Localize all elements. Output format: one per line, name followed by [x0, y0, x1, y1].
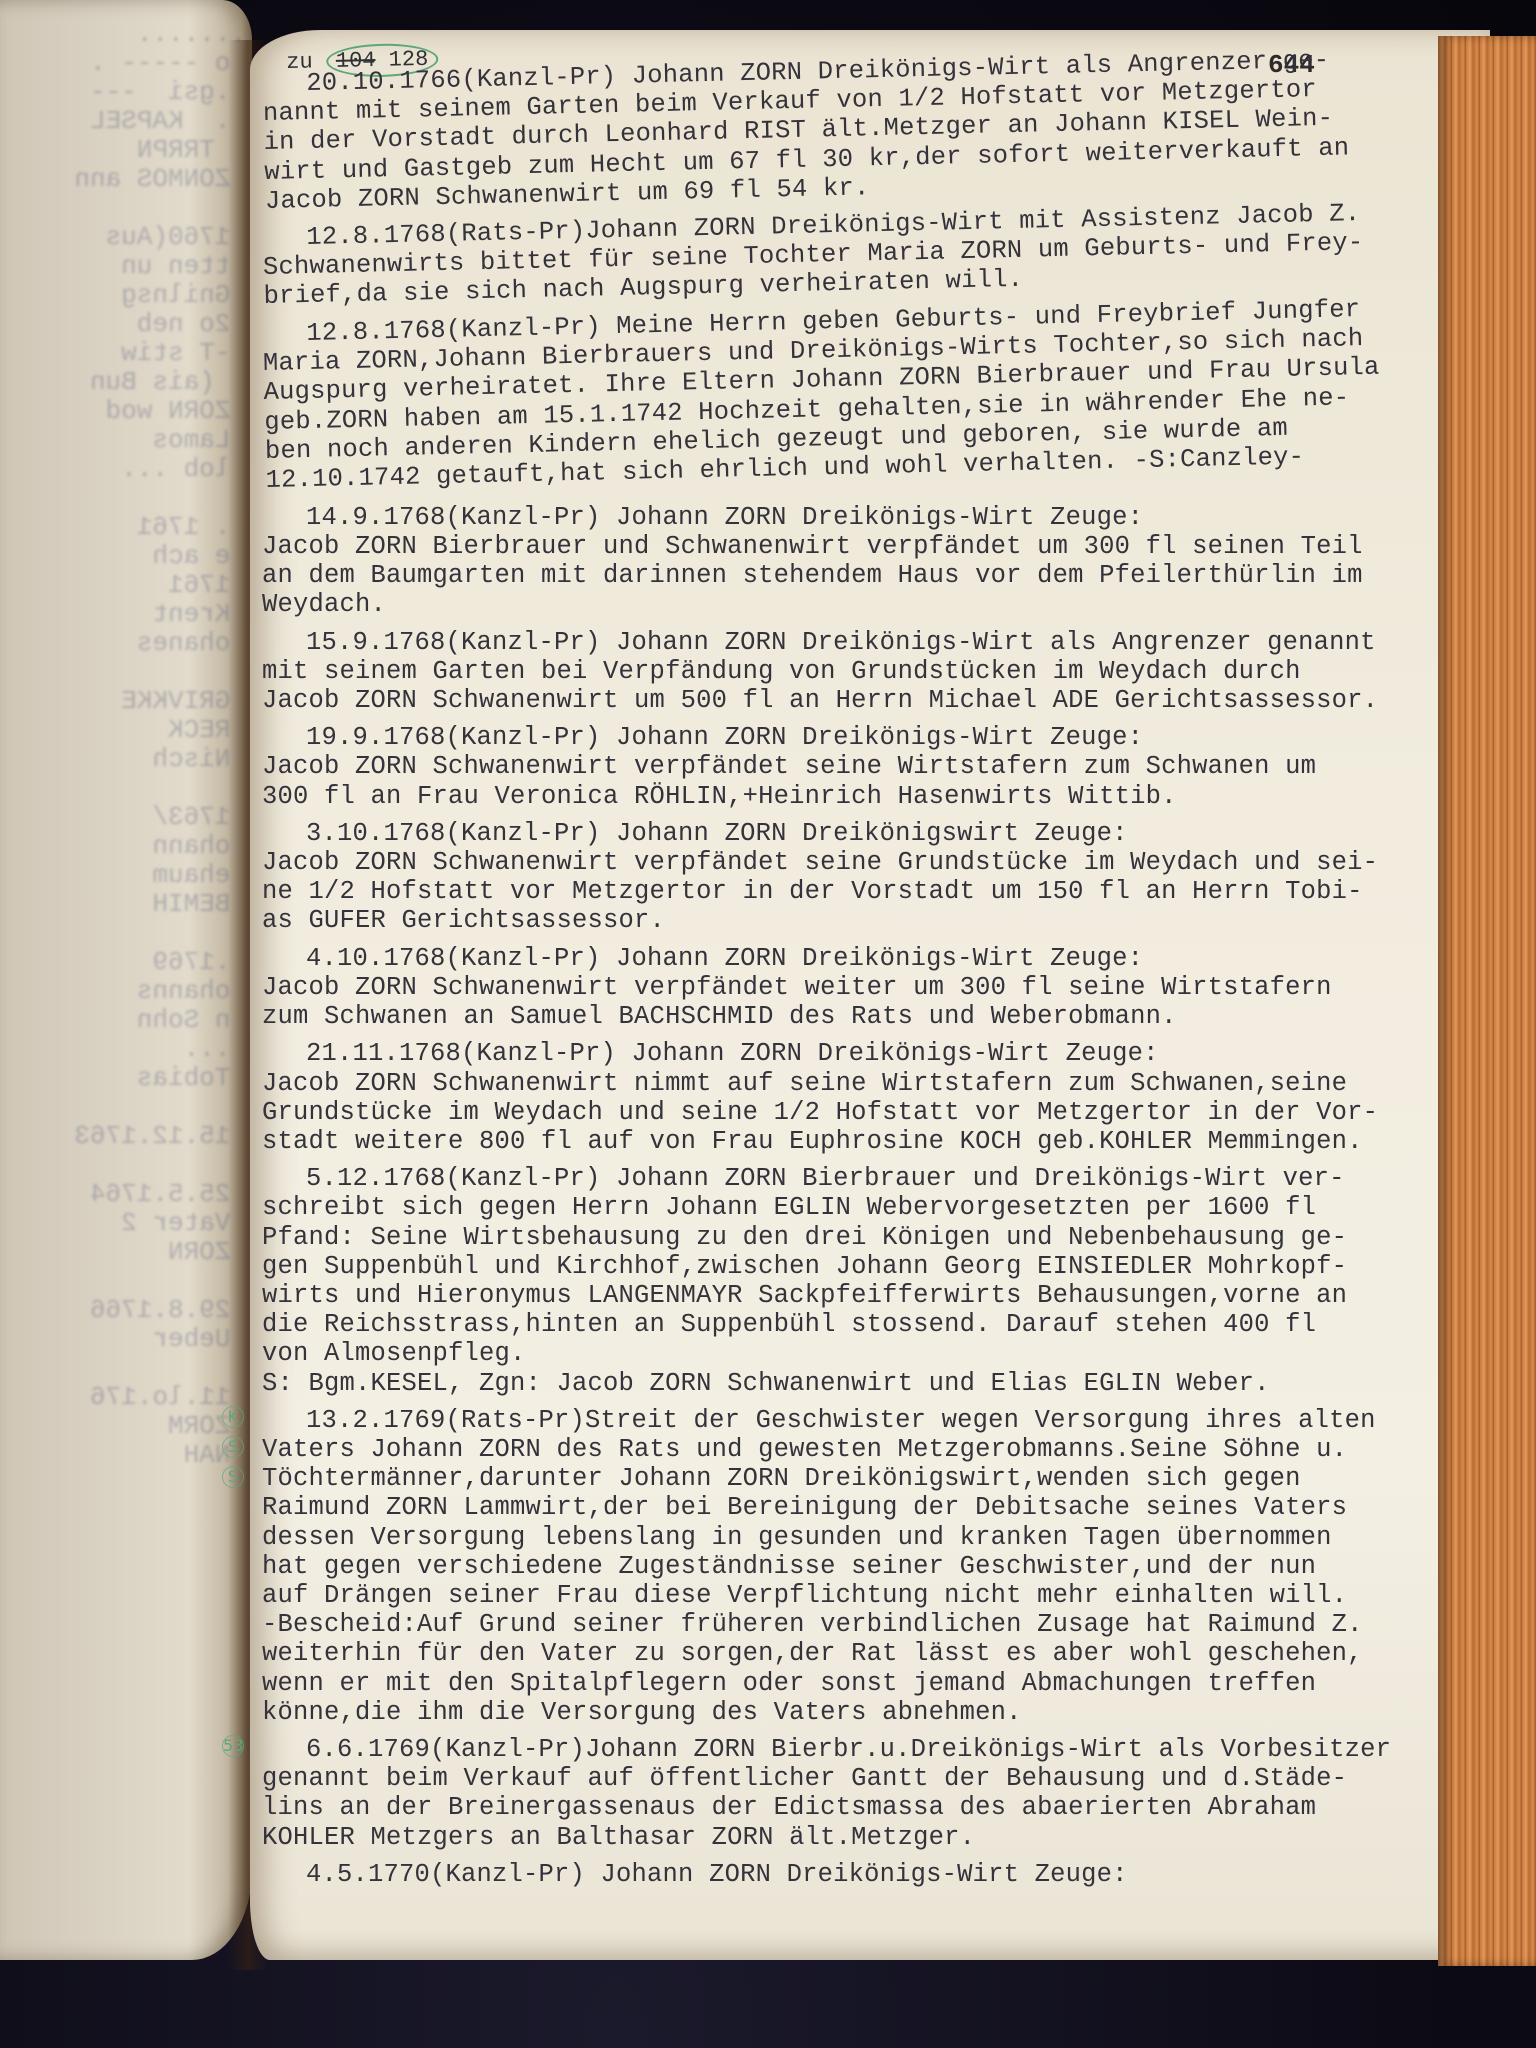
entry-text-line: Jacob ZORN Schwanenwirt nimmt auf seine …	[262, 1069, 1492, 1098]
entry-heading-line: 19.9.1768(Kanzl-Pr) Johann ZORN Dreiköni…	[262, 723, 1492, 752]
entry-heading-line: 13.2.1769(Rats-Pr)Streit der Geschwister…	[262, 1406, 1492, 1435]
entry-heading-line: 21.11.1768(Kanzl-Pr) Johann ZORN Dreikön…	[262, 1039, 1492, 1068]
entry-text-line: KOHLER Metzgers an Balthasar ZORN ält.Me…	[262, 1823, 1492, 1852]
entry-text-line: S: Bgm.KESEL, Zgn: Jacob ZORN Schwanenwi…	[262, 1369, 1492, 1398]
record-entry: 15.9.1768(Kanzl-Pr) Johann ZORN Dreiköni…	[262, 628, 1492, 716]
entry-text-line: die Reichsstrass,hinten an Suppenbühl st…	[262, 1310, 1492, 1339]
entry-text-line: wirts und Hieronymus LANGENMAYR Sackpfei…	[262, 1281, 1492, 1310]
entry-text-line: könne,die ihm die Versorgung des Vaters …	[262, 1698, 1492, 1727]
entry-text-line: stadt weitere 800 fl auf von Frau Euphro…	[262, 1127, 1492, 1156]
circled-margin-mark: 53	[222, 1735, 244, 1757]
entry-heading-line: 3.10.1768(Kanzl-Pr) Johann ZORN Dreiköni…	[262, 819, 1492, 848]
entry-text-line: von Almosenpfleg.	[262, 1339, 1492, 1368]
entry-text-line: zum Schwanen an Samuel BACHSCHMID des Ra…	[262, 1002, 1492, 1031]
record-entry: 13.2.1769(Rats-Pr)Streit der Geschwister…	[262, 1406, 1492, 1727]
circled-margin-mark: K	[222, 1406, 244, 1428]
pencil-margin-marks: KSS	[222, 1406, 244, 1496]
pencil-margin-marks: 53	[222, 1735, 244, 1765]
record-entry: 12.8.1768(Kanzl-Pr) Meine Herrn geben Ge…	[262, 292, 1496, 495]
entry-text-line: lins an der Breinergassenaus der Edictsm…	[262, 1793, 1492, 1822]
record-entry: 3.10.1768(Kanzl-Pr) Johann ZORN Dreiköni…	[262, 819, 1492, 936]
record-entry: 4.10.1768(Kanzl-Pr) Johann ZORN Dreiköni…	[262, 944, 1492, 1032]
entry-text-line: Jacob ZORN Schwanenwirt verpfändet weite…	[262, 973, 1492, 1002]
entry-text-line: Raimund ZORN Lammwirt,der bei Bereinigun…	[262, 1493, 1492, 1522]
entry-text-line: Weydach.	[262, 590, 1492, 619]
entry-text-line: wenn er mit den Spitalpflegern oder sons…	[262, 1669, 1492, 1698]
entry-text-line: schreibt sich gegen Herrn Johann EGLIN W…	[262, 1193, 1492, 1222]
record-entry: 5.12.1768(Kanzl-Pr) Johann ZORN Bierbrau…	[262, 1164, 1492, 1398]
record-entry: 14.9.1768(Kanzl-Pr) Johann ZORN Dreiköni…	[262, 503, 1492, 620]
entry-heading-line: 14.9.1768(Kanzl-Pr) Johann ZORN Dreiköni…	[262, 503, 1492, 532]
entry-text-line: genannt beim Verkauf auf öffentlicher Ga…	[262, 1764, 1492, 1793]
facing-page-left: ....... o ----- . .gsi --- . KAPSEL TRRP…	[0, 0, 252, 1960]
entry-text-line: dessen Versorgung lebenslang in gesunden…	[262, 1523, 1492, 1552]
entry-text-line: ne 1/2 Hofstatt vor Metzgertor in der Vo…	[262, 877, 1492, 906]
entry-text-line: Pfand: Seine Wirtsbehausung zu den drei …	[262, 1223, 1492, 1252]
entry-text-line: -Bescheid:Auf Grund seiner früheren verb…	[262, 1610, 1492, 1639]
entry-heading-line: 5.12.1768(Kanzl-Pr) Johann ZORN Bierbrau…	[262, 1164, 1492, 1193]
entry-heading-line: 4.5.1770(Kanzl-Pr) Johann ZORN Dreikönig…	[262, 1860, 1492, 1889]
record-entry: 21.11.1768(Kanzl-Pr) Johann ZORN Dreikön…	[262, 1039, 1492, 1156]
circled-margin-mark: S	[222, 1436, 244, 1458]
entry-text-line: as GUFER Gerichtsassessor.	[262, 906, 1492, 935]
typewritten-entries: 20.10.1766(Kanzl-Pr) Johann ZORN Dreikön…	[262, 70, 1492, 1897]
entry-text-line: Jacob ZORN Schwanenwirt um 500 fl an Her…	[262, 686, 1492, 715]
entry-text-line: Vaters Johann ZORN des Rats und gewesten…	[262, 1435, 1492, 1464]
entry-heading-line: 6.6.1769(Kanzl-Pr)Johann ZORN Bierbr.u.D…	[262, 1735, 1492, 1764]
entry-text-line: auf Drängen seiner Frau diese Verpflicht…	[262, 1581, 1492, 1610]
entry-text-line: 300 fl an Frau Veronica RÖHLIN,+Heinrich…	[262, 782, 1492, 811]
entry-text-line: Jacob ZORN Bierbrauer und Schwanenwirt v…	[262, 532, 1492, 561]
entry-heading-line: 15.9.1768(Kanzl-Pr) Johann ZORN Dreiköni…	[262, 628, 1492, 657]
entry-text-line: an dem Baumgarten mit darinnen stehendem…	[262, 561, 1492, 590]
entry-text-line: gen Suppenbühl und Kirchhof,zwischen Joh…	[262, 1252, 1492, 1281]
entry-text-line: Grundstücke im Weydach und seine 1/2 Hof…	[262, 1098, 1492, 1127]
record-entry: 4.5.1770(Kanzl-Pr) Johann ZORN Dreikönig…	[262, 1860, 1492, 1889]
entry-text-line: hat gegen verschiedene Zugeständnisse se…	[262, 1552, 1492, 1581]
record-entry: 6.6.1769(Kanzl-Pr)Johann ZORN Bierbr.u.D…	[262, 1735, 1492, 1852]
entry-heading-line: 4.10.1768(Kanzl-Pr) Johann ZORN Dreiköni…	[262, 944, 1492, 973]
circled-margin-mark: S	[222, 1466, 244, 1488]
entry-text-line: Jacob ZORN Schwanenwirt verpfändet seine…	[262, 752, 1492, 781]
bleed-through-text: ....... o ----- . .gsi --- . KAPSEL TRRP…	[6, 20, 246, 1470]
record-entry: 19.9.1768(Kanzl-Pr) Johann ZORN Dreiköni…	[262, 723, 1492, 811]
entry-text-line: Jacob ZORN Schwanenwirt verpfändet seine…	[262, 848, 1492, 877]
record-entry: 12.8.1768(Rats-Pr)Johann ZORN Dreikönigs…	[262, 196, 1494, 311]
entry-text-line: mit seinem Garten bei Verpfändung von Gr…	[262, 657, 1492, 686]
entry-text-line: weiterhin für den Vater zu sorgen,der Ra…	[262, 1639, 1492, 1668]
entry-text-line: Töchtermänner,darunter Johann ZORN Dreik…	[262, 1464, 1492, 1493]
record-entry: 20.10.1766(Kanzl-Pr) Johann ZORN Dreikön…	[262, 42, 1495, 216]
